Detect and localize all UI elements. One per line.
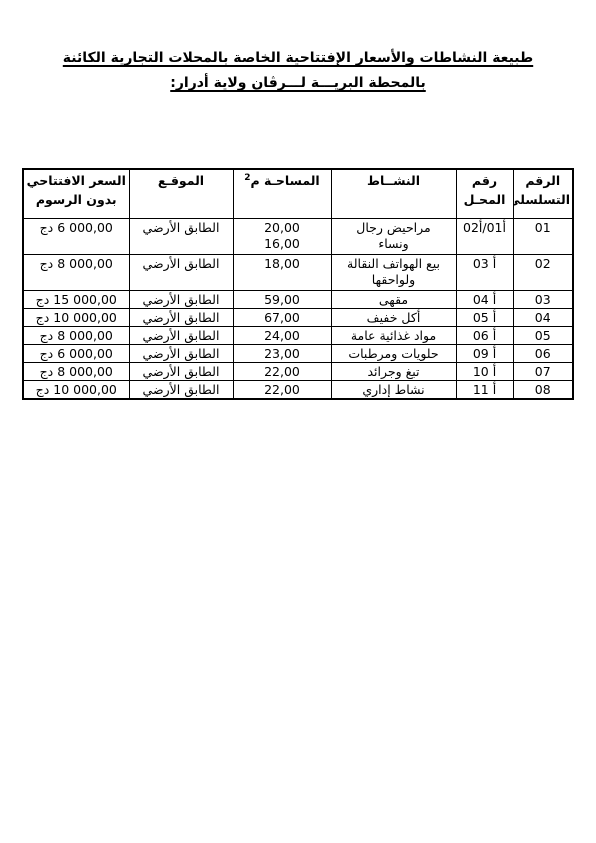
cell-opening-price: 10 000,00 دج	[23, 381, 129, 400]
cell-location: الطابق الأرضي	[129, 363, 233, 381]
col-header-shop-number: رقم المحـل	[456, 169, 513, 219]
cell-serial-number: 08	[513, 381, 573, 400]
price-currency: دج	[40, 328, 54, 343]
document-page: طبيعة النشاطات والأسعار الإفتتاحية الخاص…	[0, 0, 596, 843]
cell-shop-number: أ 05	[456, 309, 513, 327]
cell-activity: نشاط إداري	[331, 381, 456, 400]
price-amount: 6 000,00	[57, 220, 113, 235]
cell-shop-number: أ 06	[456, 327, 513, 345]
cell-opening-price: 10 000,00 دج	[23, 309, 129, 327]
cell-serial-number: 02	[513, 255, 573, 291]
price-currency: دج	[40, 220, 54, 235]
commercial-spaces-table: الرقم التسلسلي رقم المحـل النشــاط المسا…	[22, 168, 574, 400]
cell-opening-price: 8 000,00 دج	[23, 327, 129, 345]
header-row: الرقم التسلسلي رقم المحـل النشــاط المسا…	[23, 169, 573, 219]
cell-opening-price: 8 000,00 دج	[23, 363, 129, 381]
cell-location: الطابق الأرضي	[129, 255, 233, 291]
price-amount: 8 000,00	[57, 328, 113, 343]
cell-activity: أكل خفيف	[331, 309, 456, 327]
table-body: 01أ01/أ02مراحيض رجالونساء20,0016,00الطاب…	[23, 219, 573, 400]
price-amount: 6 000,00	[57, 346, 113, 361]
cell-serial-number: 07	[513, 363, 573, 381]
cell-shop-number: أ01/أ02	[456, 219, 513, 255]
cell-serial-number: 03	[513, 291, 573, 309]
cell-shop-number: أ 11	[456, 381, 513, 400]
cell-shop-number: أ 04	[456, 291, 513, 309]
cell-area: 67,00	[233, 309, 331, 327]
cell-serial-number: 04	[513, 309, 573, 327]
cell-location: الطابق الأرضي	[129, 327, 233, 345]
cell-opening-price: 6 000,00 دج	[23, 345, 129, 363]
col-header-location: الموقـع	[129, 169, 233, 219]
cell-shop-number: أ 03	[456, 255, 513, 291]
table-row: 07أ 10تبغ وجرائد22,00الطابق الأرضي8 000,…	[23, 363, 573, 381]
col-header-area: المساحـة م2	[233, 169, 331, 219]
cell-shop-number: أ 09	[456, 345, 513, 363]
cell-activity: بيع الهواتف النقالةولواحقها	[331, 255, 456, 291]
cell-serial-number: 01	[513, 219, 573, 255]
cell-location: الطابق الأرضي	[129, 345, 233, 363]
col-header-serial: الرقم التسلسلي	[513, 169, 573, 219]
price-currency: دج	[40, 346, 54, 361]
cell-serial-number: 06	[513, 345, 573, 363]
cell-location: الطابق الأرضي	[129, 381, 233, 400]
area-label: المساحـة م	[251, 173, 320, 188]
cell-opening-price: 6 000,00 دج	[23, 219, 129, 255]
price-amount: 8 000,00	[57, 364, 113, 379]
col-header-activity: النشــاط	[331, 169, 456, 219]
price-currency: دج	[40, 364, 54, 379]
table-row: 05أ 06مواد غذائية عامة24,00الطابق الأرضي…	[23, 327, 573, 345]
cell-area: 22,00	[233, 363, 331, 381]
table-row: 04أ 05أكل خفيف67,00الطابق الأرضي10 000,0…	[23, 309, 573, 327]
cell-activity: حلويات ومرطبات	[331, 345, 456, 363]
table-row: 08أ 11نشاط إداري22,00الطابق الأرضي10 000…	[23, 381, 573, 400]
table-row: 02أ 03بيع الهواتف النقالةولواحقها18,00ال…	[23, 255, 573, 291]
title-line-1: طبيعة النشاطات والأسعار الإفتتاحية الخاص…	[0, 46, 596, 71]
cell-activity: مواد غذائية عامة	[331, 327, 456, 345]
cell-opening-price: 15 000,00 دج	[23, 291, 129, 309]
cell-area: 20,0016,00	[233, 219, 331, 255]
price-amount: 15 000,00	[53, 292, 117, 307]
cell-location: الطابق الأرضي	[129, 219, 233, 255]
col-header-opening-price: السعر الافتتاحي بدون الرسوم	[23, 169, 129, 219]
cell-location: الطابق الأرضي	[129, 309, 233, 327]
table-row: 03أ 04مقهى59,00الطابق الأرضي15 000,00 دج	[23, 291, 573, 309]
cell-activity: تبغ وجرائد	[331, 363, 456, 381]
table-row: 01أ01/أ02مراحيض رجالونساء20,0016,00الطاب…	[23, 219, 573, 255]
cell-activity: مراحيض رجالونساء	[331, 219, 456, 255]
cell-area: 23,00	[233, 345, 331, 363]
title-line-2: بالمحطة البريـــة لـــرڤان ولاية أدرار:	[0, 71, 596, 96]
cell-location: الطابق الأرضي	[129, 291, 233, 309]
table-row: 06أ 09حلويات ومرطبات23,00الطابق الأرضي6 …	[23, 345, 573, 363]
cell-opening-price: 8 000,00 دج	[23, 255, 129, 291]
document-title: طبيعة النشاطات والأسعار الإفتتاحية الخاص…	[0, 46, 596, 96]
price-amount: 10 000,00	[53, 382, 117, 397]
price-currency: دج	[36, 310, 50, 325]
cell-activity: مقهى	[331, 291, 456, 309]
cell-area: 59,00	[233, 291, 331, 309]
price-currency: دج	[36, 292, 50, 307]
cell-area: 24,00	[233, 327, 331, 345]
cell-serial-number: 05	[513, 327, 573, 345]
price-amount: 10 000,00	[53, 310, 117, 325]
cell-area: 22,00	[233, 381, 331, 400]
table-header: الرقم التسلسلي رقم المحـل النشــاط المسا…	[23, 169, 573, 219]
cell-shop-number: أ 10	[456, 363, 513, 381]
cell-area: 18,00	[233, 255, 331, 291]
price-amount: 8 000,00	[57, 256, 113, 271]
price-currency: دج	[36, 382, 50, 397]
price-currency: دج	[40, 256, 54, 271]
